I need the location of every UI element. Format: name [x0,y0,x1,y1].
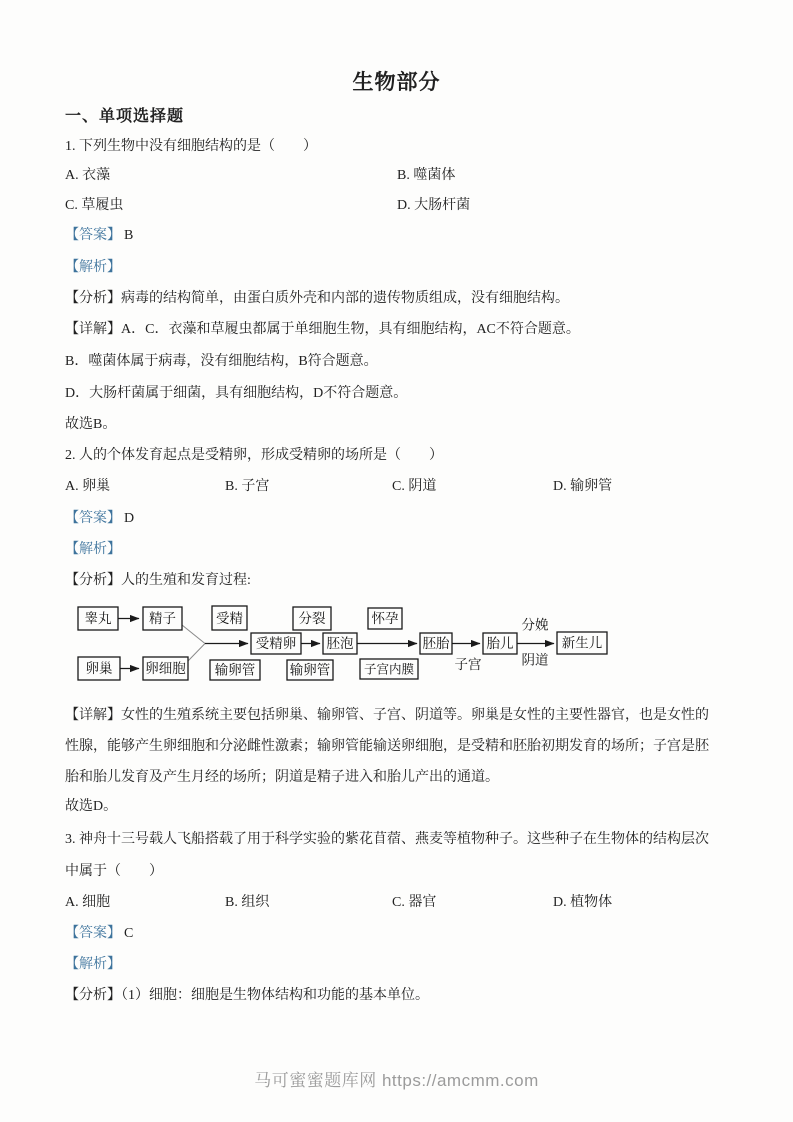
q3-stem-line-1: 3. 神舟十三号载人飞船搭载了用于科学实验的紫花苜蓿、燕麦等植物种子。这些种子在… [65,830,709,850]
section-heading: 一、单项选择题 [65,103,184,126]
q3-answer-line: 【答案】C [65,924,133,944]
q1-detail-1: 【详解】A．C．衣藻和草履虫都属于单细胞生物，具有细胞结构，AC不符合题意。 [65,320,580,340]
q3-answer-tag: 【答案】 [65,926,121,941]
flowchart-box-testis: 睾丸 [78,607,118,630]
q2-option-d: D. 输卵管 [553,477,612,497]
flowchart-label-vagina: 阴道 [522,653,550,668]
q2-fenxi: 【分析】人的生殖和发育过程: [65,571,251,591]
svg-text:子宫内膜: 子宫内膜 [364,662,414,677]
q3-jiexi-tag: 【解析】 [65,957,121,972]
line-sperm-to-junction [182,625,205,644]
q3-option-d: D. 植物体 [553,893,612,913]
svg-text:睾丸: 睾丸 [85,611,112,626]
q2-option-a: A. 卵巢 [65,477,110,497]
svg-text:胚泡: 胚泡 [327,636,354,651]
q1-option-b: B. 噬菌体 [397,166,455,186]
flowchart-box-ovary: 卵巢 [78,657,120,680]
q3-stem-line-2: 中属于（ ） [65,862,163,882]
site-watermark: 马可蜜蜜题库网 https://amcmm.com [0,1066,793,1091]
svg-text:新生儿: 新生儿 [562,635,603,651]
svg-text:输卵管: 输卵管 [290,663,331,678]
svg-text:受精卵: 受精卵 [256,635,297,651]
q2-stem: 2. 人的个体发育起点是受精卵，形成受精卵的场所是（ ） [65,446,443,466]
svg-text:卵细胞: 卵细胞 [145,661,186,676]
flowchart-box-fertilization: 受精 [212,606,247,630]
q2-jiexi-tag: 【解析】 [65,542,121,557]
q3-option-b: B. 组织 [225,893,269,913]
flowchart-box-division: 分裂 [293,607,331,630]
q2-option-c: C. 阴道 [392,477,436,497]
q2-conclusion: 故选D。 [65,797,117,817]
flowchart-box-oviduct-1: 输卵管 [210,660,260,680]
flowchart-box-fetus: 胎儿 [483,633,517,654]
q1-detail-2: B．噬菌体属于病毒，没有细胞结构，B符合题意。 [65,352,378,372]
q3-options-row: A. 细胞 B. 组织 C. 器官 D. 植物体 [65,893,765,913]
q2-answer-line: 【答案】D [65,509,134,529]
line-egg-to-junction [188,644,205,662]
q1-answer-line: 【答案】B [65,226,133,246]
svg-text:分裂: 分裂 [299,611,326,626]
q1-option-c: C. 草履虫 [65,196,123,216]
q1-answer-value: B [124,228,133,243]
flowchart-label-uterus: 子宫 [455,657,482,672]
q1-detail-3: D．大肠杆菌属于细菌，具有细胞结构，D不符合题意。 [65,384,407,404]
svg-text:输卵管: 输卵管 [215,663,256,678]
q1-options-row-1: A. 衣藻 B. 噬菌体 [65,166,765,186]
q3-option-a: A. 细胞 [65,893,110,913]
q1-options-row-2: C. 草履虫 D. 大肠杆菌 [65,196,765,216]
flowchart-box-pregnancy: 怀孕 [368,608,402,629]
q2-answer-value: D [124,511,134,526]
q3-answer-value: C [124,926,133,941]
q2-option-b: B. 子宫 [225,477,269,497]
svg-text:精子: 精子 [149,610,176,626]
q2-detail-3: 胎和胎儿发育及产生月经的场所；阴道是精子进入和胎儿产出的通道。 [65,768,499,788]
svg-text:胎儿: 胎儿 [487,636,514,651]
q1-jiexi-line: 【解析】 [65,258,121,278]
q2-detail-2: 性腺，能够产生卵细胞和分泌雌性激素；输卵管能输送卵细胞，是受精和胚胎初期发育的场… [65,737,709,757]
flowchart-box-endometrium: 子宫内膜 [360,659,418,679]
flowchart-box-zygote: 受精卵 [251,633,301,654]
q1-fenxi: 【分析】病毒的结构简单，由蛋白质外壳和内部的遗传物质组成，没有细胞结构。 [65,289,569,309]
page-title: 生物部分 [0,66,793,96]
q3-jiexi-line: 【解析】 [65,955,121,975]
q1-answer-tag: 【答案】 [65,228,121,243]
q3-option-c: C. 器官 [392,893,436,913]
q2-options-row: A. 卵巢 B. 子宫 C. 阴道 D. 输卵管 [65,477,765,497]
flowchart-box-blastocyst: 胚泡 [323,633,357,654]
q1-stem: 1. 下列生物中没有细胞结构的是（ ） [65,137,317,157]
flowchart-label-delivery: 分娩 [522,618,550,633]
svg-text:受精: 受精 [216,610,243,626]
q1-option-a: A. 衣藻 [65,166,110,186]
flowchart-box-oviduct-2: 输卵管 [287,660,333,680]
q1-conclusion: 故选B。 [65,415,116,435]
q2-answer-tag: 【答案】 [65,511,121,526]
q2-jiexi-line: 【解析】 [65,540,121,560]
q2-detail-1: 【详解】女性的生殖系统主要包括卵巢、输卵管、子宫、阴道等。卵巢是女性的主要性器官… [65,706,709,726]
flowchart-box-newborn: 新生儿 [557,632,607,654]
q1-jiexi-tag: 【解析】 [65,260,121,275]
svg-text:胚胎: 胚胎 [423,636,450,651]
flowchart-box-egg-cell: 卵细胞 [143,657,188,680]
document-page: 生物部分 一、单项选择题 1. 下列生物中没有细胞结构的是（ ） A. 衣藻 B… [0,0,793,1122]
q1-option-d: D. 大肠杆菌 [397,196,470,216]
flowchart-box-sperm: 精子 [143,607,182,630]
svg-text:卵巢: 卵巢 [86,661,113,676]
q3-fenxi: 【分析】（1）细胞：细胞是生物体结构和功能的基本单位。 [65,986,429,1006]
reproduction-flowchart: 睾丸 精子 受精 分裂 怀孕 受精卵 胚泡 胚胎 [65,596,645,692]
flowchart-box-embryo: 胚胎 [420,633,452,654]
svg-text:怀孕: 怀孕 [372,610,399,626]
